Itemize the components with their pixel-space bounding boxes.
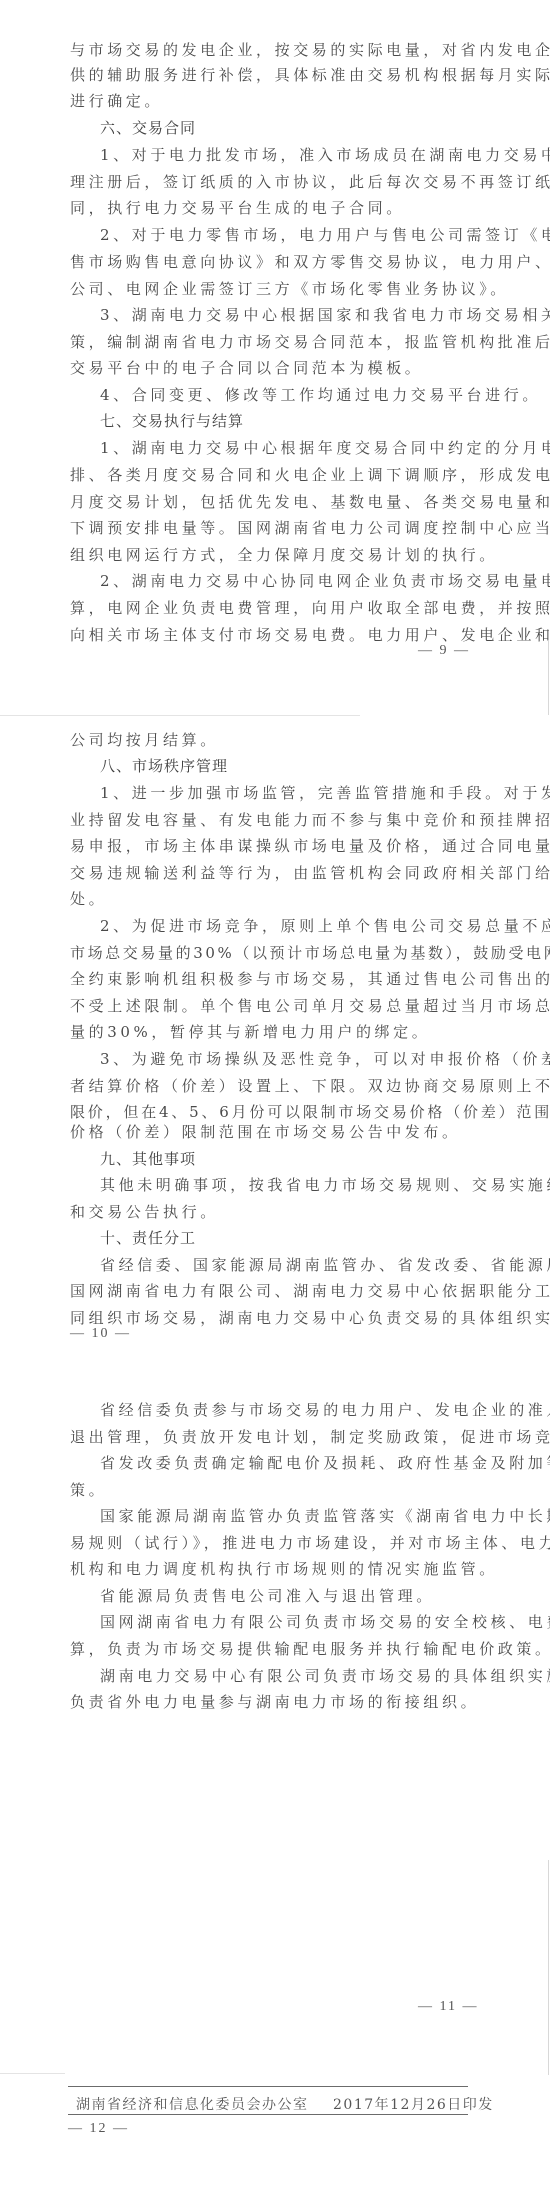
paragraph-line: 1、对于电力批发市场，准入市场成员在湖南电力交易中心办 [100, 145, 500, 165]
page-number: — 12 — [68, 2121, 129, 2137]
page-edge [548, 640, 549, 715]
paragraph-line: 国网湖南省电力有限公司负责市场交易的安全校核、电费结 [100, 1612, 500, 1632]
paragraph-line: 省发改委负责确定输配电价及损耗、政府性基金及附加等政 [100, 1453, 500, 1473]
paragraph-line: 1、湖南电力交易中心根据年度交易合同中约定的分月电量安 [100, 438, 500, 458]
paragraph-line: 湖南电力交易中心有限公司负责市场交易的具体组织实施， [100, 1666, 500, 1686]
paragraph-line: 退出管理，负责放开发电计划，制定奖励政策，促进市场竞争。 [70, 1427, 470, 1447]
paragraph-line: 易规则（试行）》，推进电力市场建设，并对市场主体、电力交易 [70, 1533, 470, 1553]
page-number: — 11 — [418, 1999, 478, 2015]
paragraph-line: 下调预安排电量等。国网湖南省电力公司调度控制中心应当精心 [70, 518, 470, 538]
paragraph-line: 限价，但在4、5、6月份可以限制市场交易价格（价差）范围。 [70, 1102, 470, 1122]
page-number: — 10 — [70, 1326, 131, 1342]
paragraph-line: 省经信委负责参与市场交易的电力用户、发电企业的准入与 [100, 1400, 500, 1420]
paragraph-line: 供的辅助服务进行补偿，具体标准由交易机构根据每月实际情况 [70, 65, 470, 85]
paragraph-line: 2、湖南电力交易中心协同电网企业负责市场交易电量电费结 [100, 571, 500, 591]
page-number: — 9 — [418, 643, 470, 659]
paragraph-line: 者结算价格（价差）设置上、下限。双边协商交易原则上不进行 [70, 1076, 470, 1096]
paragraph-line: 其他未明确事项，按我省电力市场交易规则、交易实施细则 [100, 1175, 500, 1195]
paragraph-line: 价格（价差）限制范围在市场交易公告中发布。 [70, 1122, 470, 1142]
paragraph-line: 全约束影响机组积极参与市场交易，其通过售电公司售出的电量 [70, 969, 470, 989]
page-separator [0, 715, 360, 716]
page-edge [548, 1860, 549, 2075]
issuer-name: 湖南省经济和信息化委员会办公室 [76, 2094, 309, 2114]
footer-top-rule [68, 2086, 468, 2087]
paragraph-line: 易申报，市场主体串谋操纵市场电量及价格，通过合同电量转让 [70, 836, 470, 856]
paragraph-line: 与市场交易的发电企业，按交易的实际电量，对省内发电企业提 [70, 40, 470, 60]
paragraph-line: 国家能源局湖南监管办负责监管落实《湖南省电力中长期交 [100, 1506, 500, 1526]
paragraph-line: 公司、电网企业需签订三方《市场化零售业务协议》。 [70, 279, 470, 299]
paragraph-line: 进行确定。 [70, 91, 470, 111]
paragraph-line: 处。 [70, 889, 470, 909]
section-heading-7: 七、交易执行与结算 [100, 411, 500, 431]
section-heading-8: 八、市场秩序管理 [100, 756, 500, 776]
paragraph-line: 理注册后，签订纸质的入市协议，此后每次交易不再签订纸质合 [70, 172, 470, 192]
section-heading-6: 六、交易合同 [100, 118, 500, 138]
footer-bottom-rule [68, 2114, 468, 2115]
paragraph-line: 机构和电力调度机构执行市场规则的情况实施监管。 [70, 1559, 470, 1579]
paragraph-line: 省经信委、国家能源局湖南监管办、省发改委、省能源局、 [100, 1255, 500, 1275]
paragraph-line: 策，编制湖南省电力市场交易合同范本，报监管机构批准后执行。 [70, 332, 470, 352]
paragraph-line: 同组织市场交易，湖南电力交易中心负责交易的具体组织实施。 [70, 1308, 470, 1328]
section-heading-10: 十、责任分工 [100, 1228, 500, 1248]
paragraph-line: 2、对于电力零售市场，电力用户与售电公司需签订《电力零 [100, 225, 500, 245]
paragraph-line: 组织电网运行方式，全力保障月度交易计划的执行。 [70, 545, 470, 565]
issue-date: 2017年12月26日印发 [333, 2094, 494, 2114]
page-separator [0, 2073, 65, 2074]
paragraph-line: 交易平台中的电子合同以合同范本为模板。 [70, 358, 470, 378]
paragraph-line: 和交易公告执行。 [70, 1202, 470, 1222]
paragraph-line: 算，电网企业负责电费管理，向用户收取全部电费，并按照合同 [70, 598, 470, 618]
paragraph-line: 2、为促进市场竞争，原则上单个售电公司交易总量不应超过 [100, 916, 500, 936]
paragraph-line: 负责省外电力电量参与湖南电力市场的衔接组织。 [70, 1692, 470, 1712]
paragraph-line: 策。 [70, 1480, 470, 1500]
section-heading-9: 九、其他事项 [100, 1149, 500, 1169]
paragraph-line: 公司均按月结算。 [70, 730, 470, 750]
paragraph-line: 同，执行电力交易平台生成的电子合同。 [70, 198, 470, 218]
paragraph-line: 省能源局负责售电公司准入与退出管理。 [100, 1586, 500, 1606]
paragraph-line: 交易违规输送利益等行为，由监管机构会同政府相关部门给予查 [70, 863, 470, 883]
paragraph-line: 市场总交易量的30%（以预计市场总电量为基数），鼓励受电网安 [70, 943, 470, 963]
paragraph-line: 3、为避免市场操纵及恶性竞争，可以对申报价格（价差）或 [100, 1049, 500, 1069]
paragraph-line: 4、合同变更、修改等工作均通过电力交易平台进行。 [100, 385, 500, 405]
paragraph-line: 3、湖南电力交易中心根据国家和我省电力市场交易相关政 [100, 305, 500, 325]
paragraph-line: 量的30%，暂停其与新增电力用户的绑定。 [70, 1022, 470, 1042]
paragraph-line: 不受上述限制。单个售电公司单月交易总量超过当月市场总交易 [70, 996, 470, 1016]
paragraph-line: 月度交易计划，包括优先发电、基数电量、各类交易电量和上调 [70, 492, 470, 512]
paragraph-line: 1、进一步加强市场监管，完善监管措施和手段。对于发电企 [100, 783, 500, 803]
paragraph-line: 向相关市场主体支付市场交易电费。电力用户、发电企业和售电 [70, 625, 470, 645]
paragraph-line: 售市场购售电意向协议》和双方零售交易协议，电力用户、售电 [70, 252, 470, 272]
paragraph-line: 国网湖南省电力有限公司、湖南电力交易中心依据职能分工，共 [70, 1281, 470, 1301]
paragraph-line: 业持留发电容量、有发电能力而不参与集中竞价和预挂牌招标交 [70, 810, 470, 830]
paragraph-line: 算，负责为市场交易提供输配电服务并执行输配电价政策。 [70, 1639, 470, 1659]
paragraph-line: 排、各类月度交易合同和火电企业上调下调顺序，形成发电企业 [70, 465, 470, 485]
